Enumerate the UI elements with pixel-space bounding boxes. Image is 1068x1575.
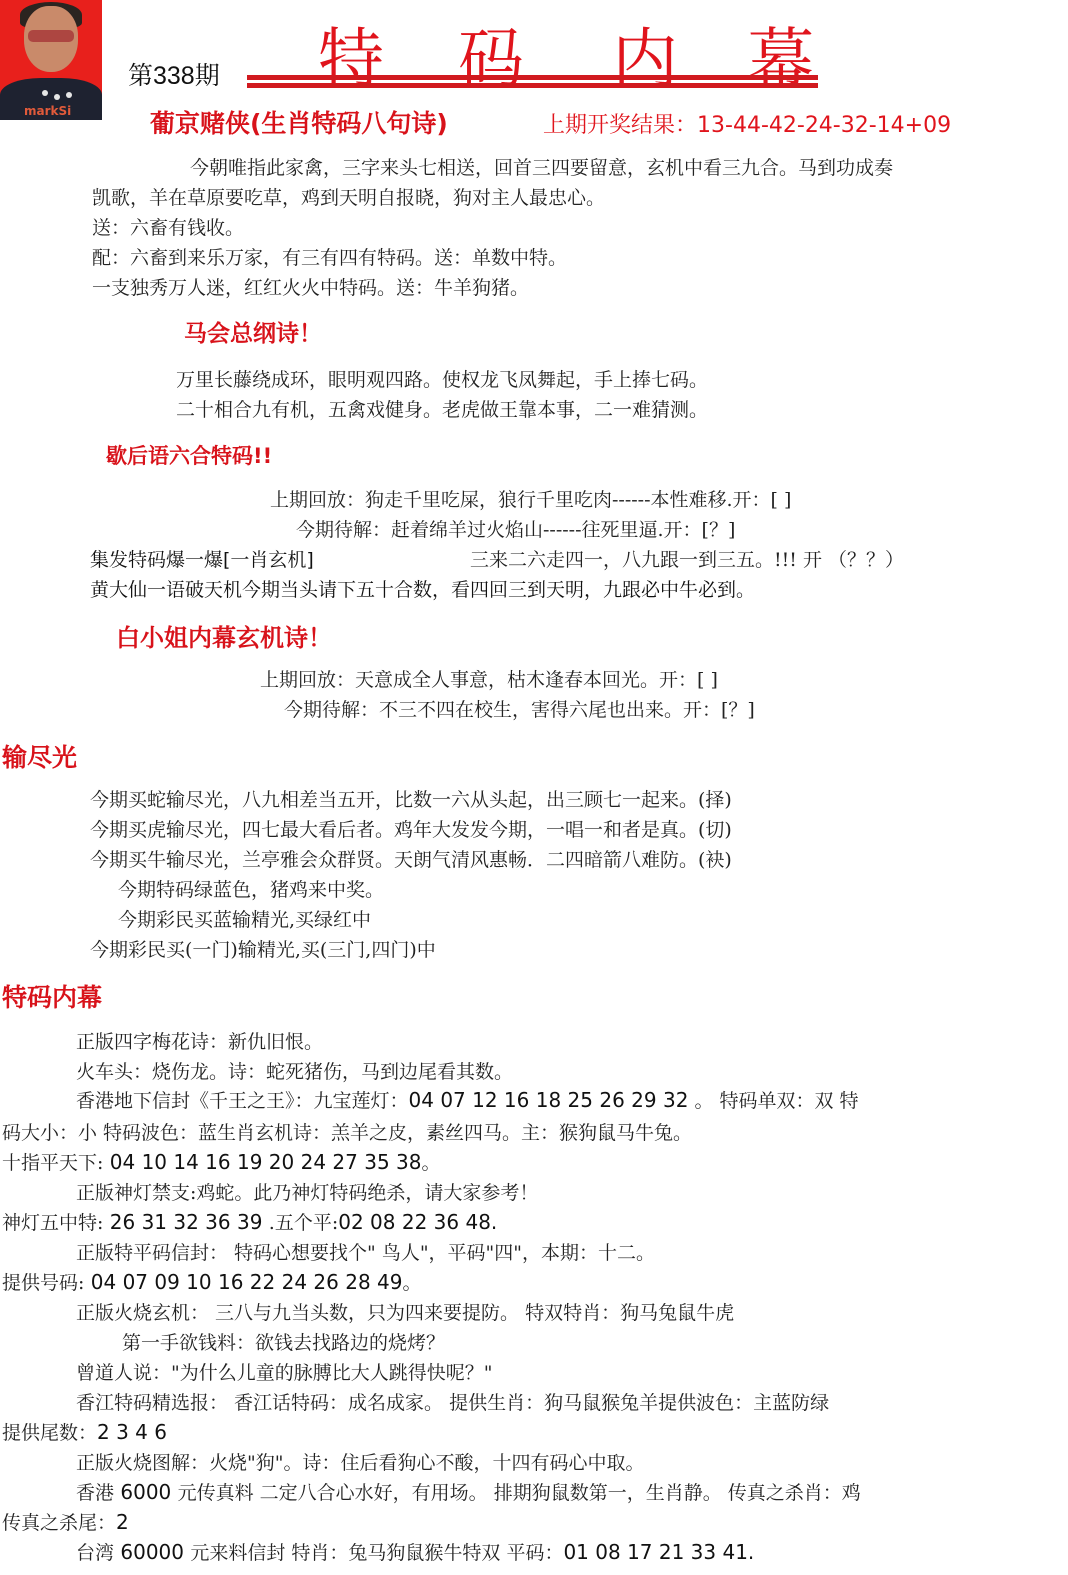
tema-line: 香江特码精选报： 香江话特码：成名成家。 提供生肖：狗马鼠猴兔羊提供波色：主蓝防…: [76, 1388, 829, 1415]
tema-line: 香港地下信封《千王之王》：九宝莲灯：04 07 12 16 18 25 26 2…: [76, 1086, 859, 1113]
tema-mid: .五个平:: [269, 1212, 338, 1234]
tema-label: 香港: [76, 1482, 114, 1504]
tema-numbers: 04 07 12 16 18 25 26 29 32: [409, 1088, 689, 1112]
tema-label: 传真之杀尾：: [2, 1512, 116, 1534]
section-heading-xiehouyu: 歇后语六合特码!!: [106, 440, 272, 470]
tema-label: 提供尾数：: [2, 1422, 97, 1444]
bai-last: 上期回放：天意成全人事意，枯木逢春本回光。开：[ ]: [260, 665, 718, 692]
subtitle: 葡京赌侠(生肖特码八句诗): [150, 104, 448, 140]
tema-numbers: 04 07 09 10 16 22 24 26 28 49: [84, 1270, 402, 1294]
poem-line: 一支独秀万人迷，红红火火中特码。送：牛羊狗猪。: [92, 273, 529, 300]
xiehouyu-current: 今期待解：赶着绵羊过火焰山------往死里逼.开：[？]: [296, 515, 735, 542]
last-result-label: 上期开奖结果：: [543, 113, 697, 138]
poem-line: 凯歌，羊在草原要吃草，鸡到天明自报晓，狗对主人最忠心。: [92, 183, 605, 210]
section-heading-temaneimu: 特码内幕: [2, 978, 102, 1014]
tema-line: 码大小：小 特码波色：蓝生肖玄机诗：羔羊之皮，素丝四马。主：猴狗鼠马牛兔。: [2, 1118, 692, 1145]
tema-text: 元来料信封 特肖：兔马狗鼠猴牛特双 平码：: [190, 1542, 563, 1564]
shujinguang-line: 今期彩民买(一门)输精光,买(三门,四门)中: [90, 935, 436, 962]
section-heading-shujinguang: 输尽光: [2, 738, 77, 774]
avatar-glasses: [28, 30, 74, 42]
tema-numbers: 2 3 4 6: [97, 1420, 167, 1444]
tema-line: 十指平天下: 04 10 14 16 19 20 24 27 35 38。: [2, 1148, 441, 1175]
shujinguang-line: 今期特码绿蓝色，猪鸡来中奖。: [118, 875, 384, 902]
shujinguang-line: 今期买牛输尽光，兰亭雅会众群贤。天朗气清风惠畅．二四暗箭八难防。(袂): [90, 845, 732, 872]
shujinguang-line: 今期买虎输尽光，四七最大看后者。鸡年大发发今期，一唱一和者是真。(切): [90, 815, 732, 842]
tema-line: 第一手欲钱料：欲钱去找路边的烧烤？: [122, 1328, 445, 1355]
tema-line: 传真之杀尾：2: [2, 1508, 129, 1535]
issue-number: 第338期: [128, 56, 220, 92]
tema-line: 台湾 60000 元来料信封 特肖：兔马狗鼠猴牛特双 平码：01 08 17 2…: [76, 1538, 754, 1565]
mahui-line: 万里长藤绕成环，眼明观四路。使权龙飞凤舞起，手上捧七码。: [176, 365, 708, 392]
avatar-brand-label: markSi: [24, 104, 71, 118]
shujinguang-line: 今期彩民买蓝输精光,买绿红中: [118, 905, 371, 932]
poem-line: 今朝唯指此家禽，三字来头七相送，回首三四要留意，玄机中看三九合。马到功成奏: [190, 153, 893, 180]
tema-line: 神灯五中特: 26 31 32 36 39 .五个平:02 08 22 36 4…: [2, 1208, 497, 1235]
avatar-button-icon: [66, 92, 72, 98]
tema-line: 提供尾数：2 3 4 6: [2, 1418, 167, 1445]
tema-numbers: 02 08 22 36 48.: [338, 1210, 497, 1234]
tema-line: 火车头：烧伤龙。诗：蛇死猪伤，马到边尾看其数。: [76, 1057, 513, 1084]
tema-line: 正版神灯禁支:鸡蛇。此乃神灯特码绝杀，请大家参考！: [76, 1178, 538, 1205]
tema-label: 提供号码:: [2, 1272, 84, 1294]
tema-line: 正版火烧玄机： 三八与九当头数，只为四来要提防。 特双特肖：狗马兔鼠牛虎: [76, 1298, 734, 1325]
mahui-line: 二十相合九有机，五禽戏健身。老虎做王靠本事，二一难猜测。: [176, 395, 708, 422]
tema-numbers: 01 08 17 21 33 41.: [563, 1540, 754, 1564]
poem-line: 配：六畜到来乐万家，有三有四有特码。送：单数中特。: [92, 243, 567, 270]
tema-line: 正版四字梅花诗：新仇旧恨。: [76, 1027, 323, 1054]
tema-line: 曾道人说："为什么儿童的脉膊比大人跳得快呢？": [76, 1358, 492, 1385]
tema-label: 台湾: [76, 1542, 114, 1564]
huang-daxian-line: 黄大仙一语破天机今期当头请下五十合数，看四回三到天明，九跟必中牛必到。: [90, 575, 755, 602]
poem-line: 送：六畜有钱收。: [92, 213, 244, 240]
section-heading-mahui: 马会总纲诗！: [184, 315, 322, 348]
tema-numbers: 60000: [114, 1540, 190, 1564]
tema-tail: 。 特码单双：双 特: [688, 1090, 858, 1112]
tema-tail: 。: [421, 1152, 440, 1174]
avatar-button-icon: [42, 90, 48, 96]
tema-label: 香港地下信封《千王之王》：九宝莲灯：: [76, 1090, 409, 1112]
bai-current: 今期待解：不三不四在校生，害得六尾也出来。开：[？]: [284, 695, 755, 722]
tema-tail: 。: [402, 1272, 421, 1294]
last-result: 上期开奖结果：13-44-42-24-32-14+09: [543, 108, 951, 139]
avatar-button-icon: [54, 94, 60, 100]
tema-line: 提供号码: 04 07 09 10 16 22 24 26 28 49。: [2, 1268, 422, 1295]
xiehouyu-last: 上期回放：狗走千里吃屎，狼行千里吃肉------本性难移.开：[ ]: [270, 485, 791, 512]
last-result-value: 13-44-42-24-32-14+09: [697, 113, 951, 138]
tema-label: 十指平天下:: [2, 1152, 103, 1174]
tema-line: 正版火烧图解：火烧"狗"。诗：住后看狗心不酸，十四有码心中取。: [76, 1448, 644, 1475]
tema-numbers: 04 10 14 16 19 20 24 27 35 38: [103, 1150, 421, 1174]
avatar-photo: markSi: [0, 0, 102, 120]
jifa-label: 集发特码爆一爆[一肖玄机]: [90, 545, 314, 572]
tema-numbers: 26 31 32 36 39: [103, 1210, 268, 1234]
tema-numbers: 6000: [114, 1480, 178, 1504]
section-heading-bai: 白小姐内幕玄机诗！: [116, 618, 332, 653]
tema-line: 正版特平码信封： 特码心想要找个" 鸟人"，平码"四"，本期：十二。: [76, 1238, 655, 1265]
tema-label: 神灯五中特:: [2, 1212, 103, 1234]
tema-line: 香港 6000 元传真料 二定八合心水好，有用场。 排期狗鼠数第一，生肖静。 传…: [76, 1478, 861, 1505]
tema-text: 元传真料 二定八合心水好，有用场。 排期狗鼠数第一，生肖静。 传真之杀肖：鸡: [178, 1482, 861, 1504]
title-underline-top: [247, 75, 818, 80]
shujinguang-line: 今期买蛇输尽光，八九相差当五开，比数一六从头起，出三顾七一起来。(择): [90, 785, 732, 812]
title-underline-bottom: [247, 83, 818, 88]
tema-numbers: 2: [116, 1510, 129, 1534]
jifa-text: 三来二六走四一，八九跟一到三五。!!! 开 （？？）: [470, 545, 904, 572]
